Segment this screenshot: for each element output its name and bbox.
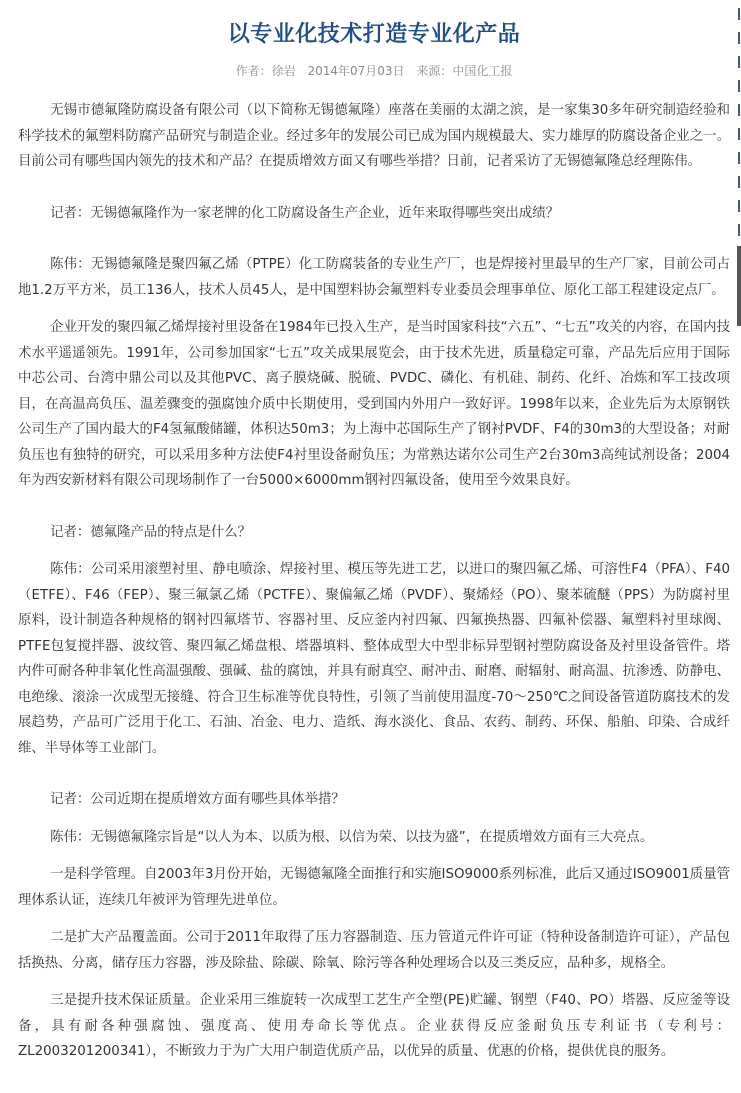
scrollbar-thumb[interactable]: [737, 246, 741, 326]
scroll-marker: [738, 176, 740, 188]
paragraph-history: 企业开发的聚四氟乙烯焊接衬里设备在1984年已投入生产，是当时国家科技“六五”、…: [18, 315, 730, 494]
scroll-marker: [738, 32, 740, 44]
paragraph-intro: 无锡市德氟隆防腐设备有限公司（以下简称无锡德氟隆）座落在美丽的太湖之滨，是一家集…: [18, 98, 730, 175]
paragraph-question-2: 记者：德氟隆产品的特点是什么？: [18, 520, 730, 546]
paragraph-answer-2: 陈伟：公司采用滚塑衬里、静电喷涂、焊接衬里、模压等先进工艺，以进口的聚四氟乙烯、…: [18, 557, 730, 761]
scrollbar[interactable]: [737, 0, 741, 1093]
article-meta: 作者：徐岩 2014年07月03日 来源：中国化工报: [18, 62, 730, 80]
paragraph-point-2: 二是扩大产品覆盖面。公司于2011年取得了压力容器制造、压力管道元件许可证（特种…: [18, 925, 730, 976]
article: 以专业化技术打造专业化产品 作者：徐岩 2014年07月03日 来源：中国化工报…: [18, 0, 730, 1077]
scroll-marker: [738, 80, 740, 92]
paragraph-point-3: 三是提升技术保证质量。企业采用三维旋转一次成型工艺生产全塑(PE)贮罐、钢塑（F…: [18, 988, 730, 1065]
scroll-marker: [738, 200, 740, 212]
scroll-marker: [738, 128, 740, 140]
article-author: 作者：徐岩: [236, 64, 296, 78]
paragraph-answer-3: 陈伟：无锡德氟隆宗旨是“以人为本、以质为根、以信为荣、以技为盛”，在提质增效方面…: [18, 825, 730, 851]
scroll-marker: [738, 104, 740, 116]
scroll-marker: [738, 224, 740, 236]
paragraph-point-1: 一是科学管理。自2003年3月份开始，无锡德氟隆全面推行和实施ISO9000系列…: [18, 862, 730, 913]
scroll-marker: [738, 152, 740, 164]
article-source: 来源：中国化工报: [416, 64, 512, 78]
article-title: 以专业化技术打造专业化产品: [18, 0, 730, 52]
paragraph-question-3: 记者：公司近期在提质增效方面有哪些具体举措？: [18, 787, 730, 813]
scroll-marker: [738, 8, 740, 20]
paragraph-question-1: 记者：无锡德氟隆作为一家老牌的化工防腐设备生产企业，近年来取得哪些突出成绩？: [18, 201, 730, 227]
scroll-marker: [738, 56, 740, 68]
paragraph-answer-1: 陈伟：无锡德氟隆是聚四氟乙烯（PTPE）化工防腐装备的专业生产厂，也是焊接衬里最…: [18, 252, 730, 303]
article-body: 无锡市德氟隆防腐设备有限公司（以下简称无锡德氟隆）座落在美丽的太湖之滨，是一家集…: [18, 98, 730, 1065]
article-date: 2014年07月03日: [307, 64, 404, 78]
